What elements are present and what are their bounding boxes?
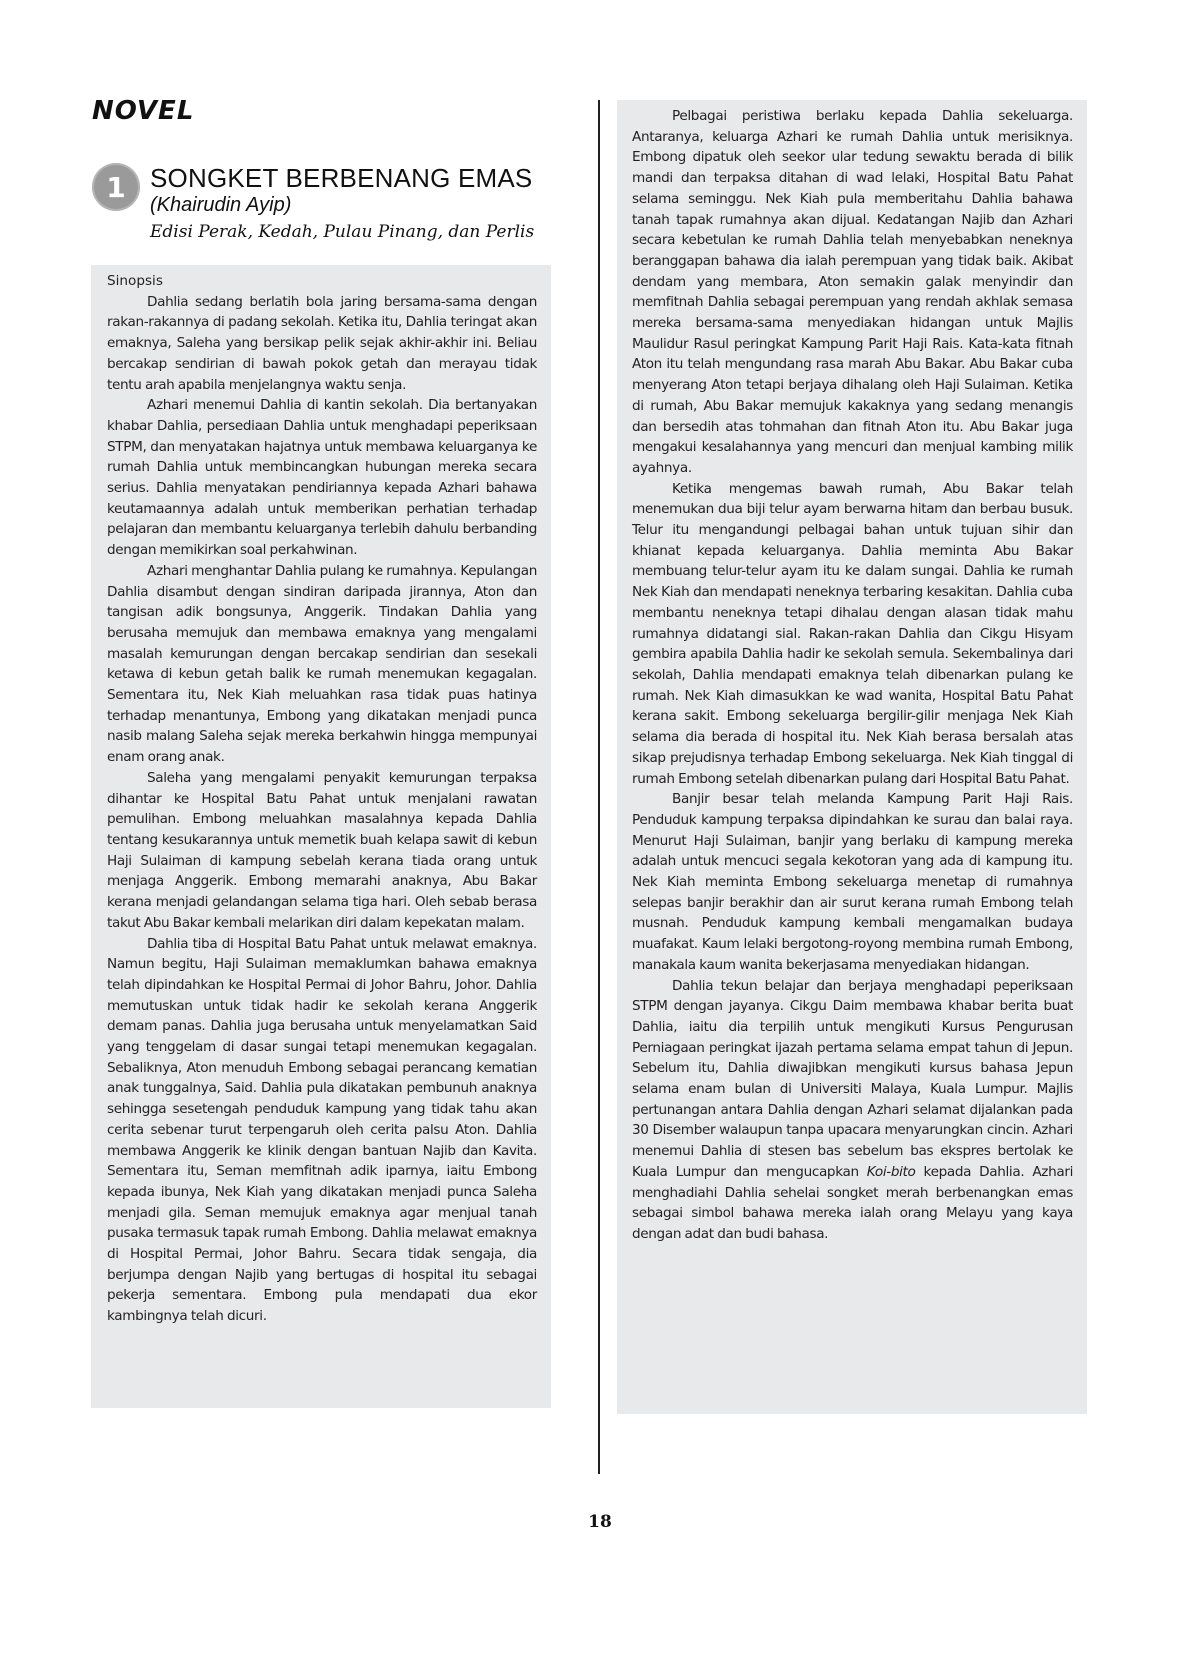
novel-title: SONGKET BERBENANG EMAS <box>150 163 534 193</box>
synopsis-paragraph: Azhari menghantar Dahlia pulang ke rumah… <box>107 561 537 768</box>
text-span: Dahlia tekun belajar dan berjaya menghad… <box>632 978 1073 1180</box>
synopsis-label: Sinopsis <box>107 271 537 292</box>
novel-edition: Edisi Perak, Kedah, Pulau Pinang, dan Pe… <box>150 219 534 245</box>
novel-author: (Khairudin Ayip) <box>150 193 534 217</box>
column-divider <box>598 100 600 1474</box>
italic-term: Koi-bito <box>867 1164 916 1180</box>
synopsis-panel-right: Pelbagai peristiwa berlaku kepada Dahlia… <box>617 100 1087 1414</box>
synopsis-paragraph-final: Dahlia tekun belajar dan berjaya menghad… <box>632 976 1073 1245</box>
synopsis-paragraph: Ketika mengemas bawah rumah, Abu Bakar t… <box>632 479 1073 790</box>
synopsis-paragraph: Banjir besar telah melanda Kampung Parit… <box>632 789 1073 975</box>
synopsis-paragraph: Dahlia tiba di Hospital Batu Pahat untuk… <box>107 934 537 1327</box>
novel-number-badge: 1 <box>92 163 140 211</box>
synopsis-paragraph: Pelbagai peristiwa berlaku kepada Dahlia… <box>632 106 1073 479</box>
synopsis-paragraph: Dahlia sedang berlatih bola jaring bersa… <box>107 292 537 396</box>
synopsis-panel-left: Sinopsis Dahlia sedang berlatih bola jar… <box>91 265 551 1408</box>
synopsis-paragraph: Saleha yang mengalami penyakit kemurunga… <box>107 768 537 934</box>
page-number: 18 <box>0 1512 1200 1532</box>
novel-header: 1 SONGKET BERBENANG EMAS (Khairudin Ayip… <box>92 163 534 245</box>
synopsis-paragraph: Azhari menemui Dahlia di kantin sekolah.… <box>107 395 537 561</box>
section-label: NOVEL <box>92 96 194 126</box>
